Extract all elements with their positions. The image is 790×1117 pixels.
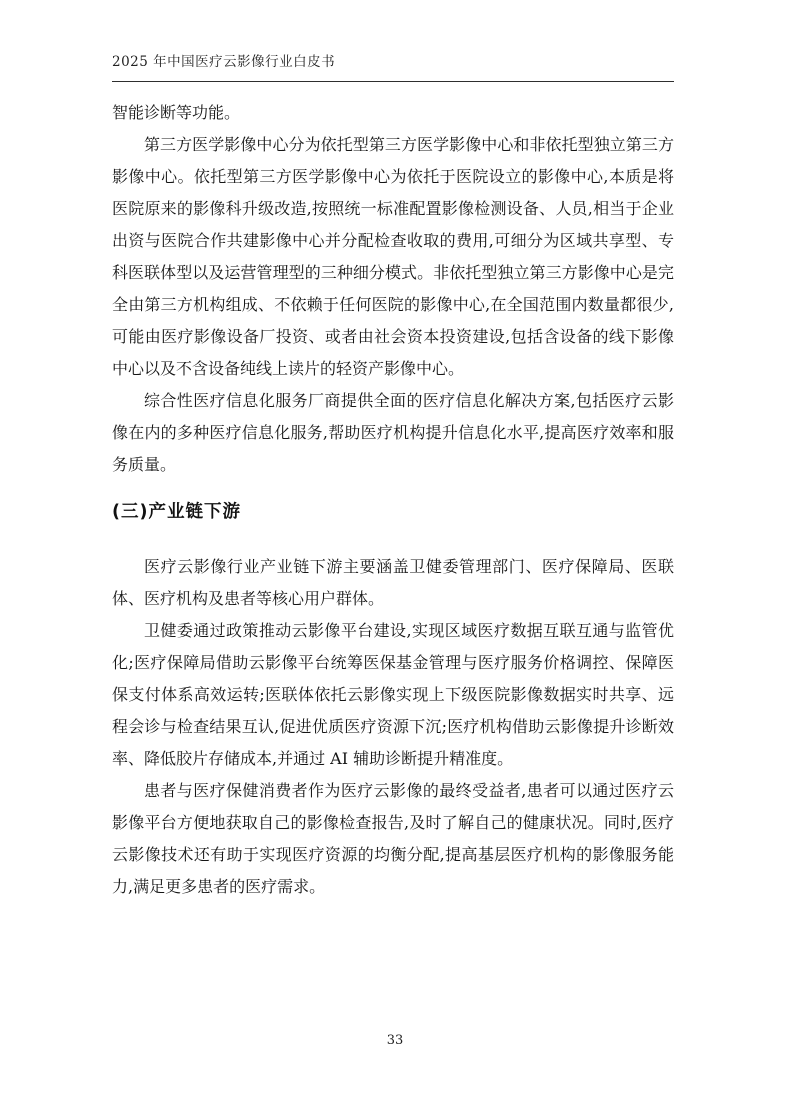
paragraph-patients-beneficiaries: 患者与医疗保健消费者作为医疗云影像的最终受益者,患者可以通过医疗云影像平台方便地… — [112, 775, 674, 903]
page-header: 2025 年中国医疗云影像行业白皮书 — [112, 0, 674, 82]
page-number: 33 — [387, 1033, 404, 1048]
paragraph-third-party-imaging-centers: 第三方医学影像中心分为依托型第三方医学影像中心和非依托型独立第三方影像中心。依托… — [112, 129, 674, 385]
section-heading-industry-chain-downstream: (三)产业链下游 — [112, 497, 674, 527]
page-body: 智能诊断等功能。 第三方医学影像中心分为依托型第三方医学影像中心和非依托型独立第… — [112, 97, 674, 903]
header-title: 2025 年中国医疗云影像行业白皮书 — [112, 53, 674, 71]
document-page: 2025 年中国医疗云影像行业白皮书 智能诊断等功能。 第三方医学影像中心分为依… — [0, 0, 790, 1117]
paragraph-downstream-stakeholders: 卫健委通过政策推动云影像平台建设,实现区域医疗数据互联互通与监管优化;医疗保障局… — [112, 615, 674, 775]
header-rule — [112, 81, 674, 82]
paragraph-continuation: 智能诊断等功能。 — [112, 97, 674, 129]
paragraph-downstream-overview: 医疗云影像行业产业链下游主要涵盖卫健委管理部门、医疗保障局、医联体、医疗机构及患… — [112, 551, 674, 615]
paragraph-comprehensive-it-vendors: 综合性医疗信息化服务厂商提供全面的医疗信息化解决方案,包括医疗云影像在内的多种医… — [112, 385, 674, 481]
page-footer: 33 — [0, 1029, 790, 1117]
